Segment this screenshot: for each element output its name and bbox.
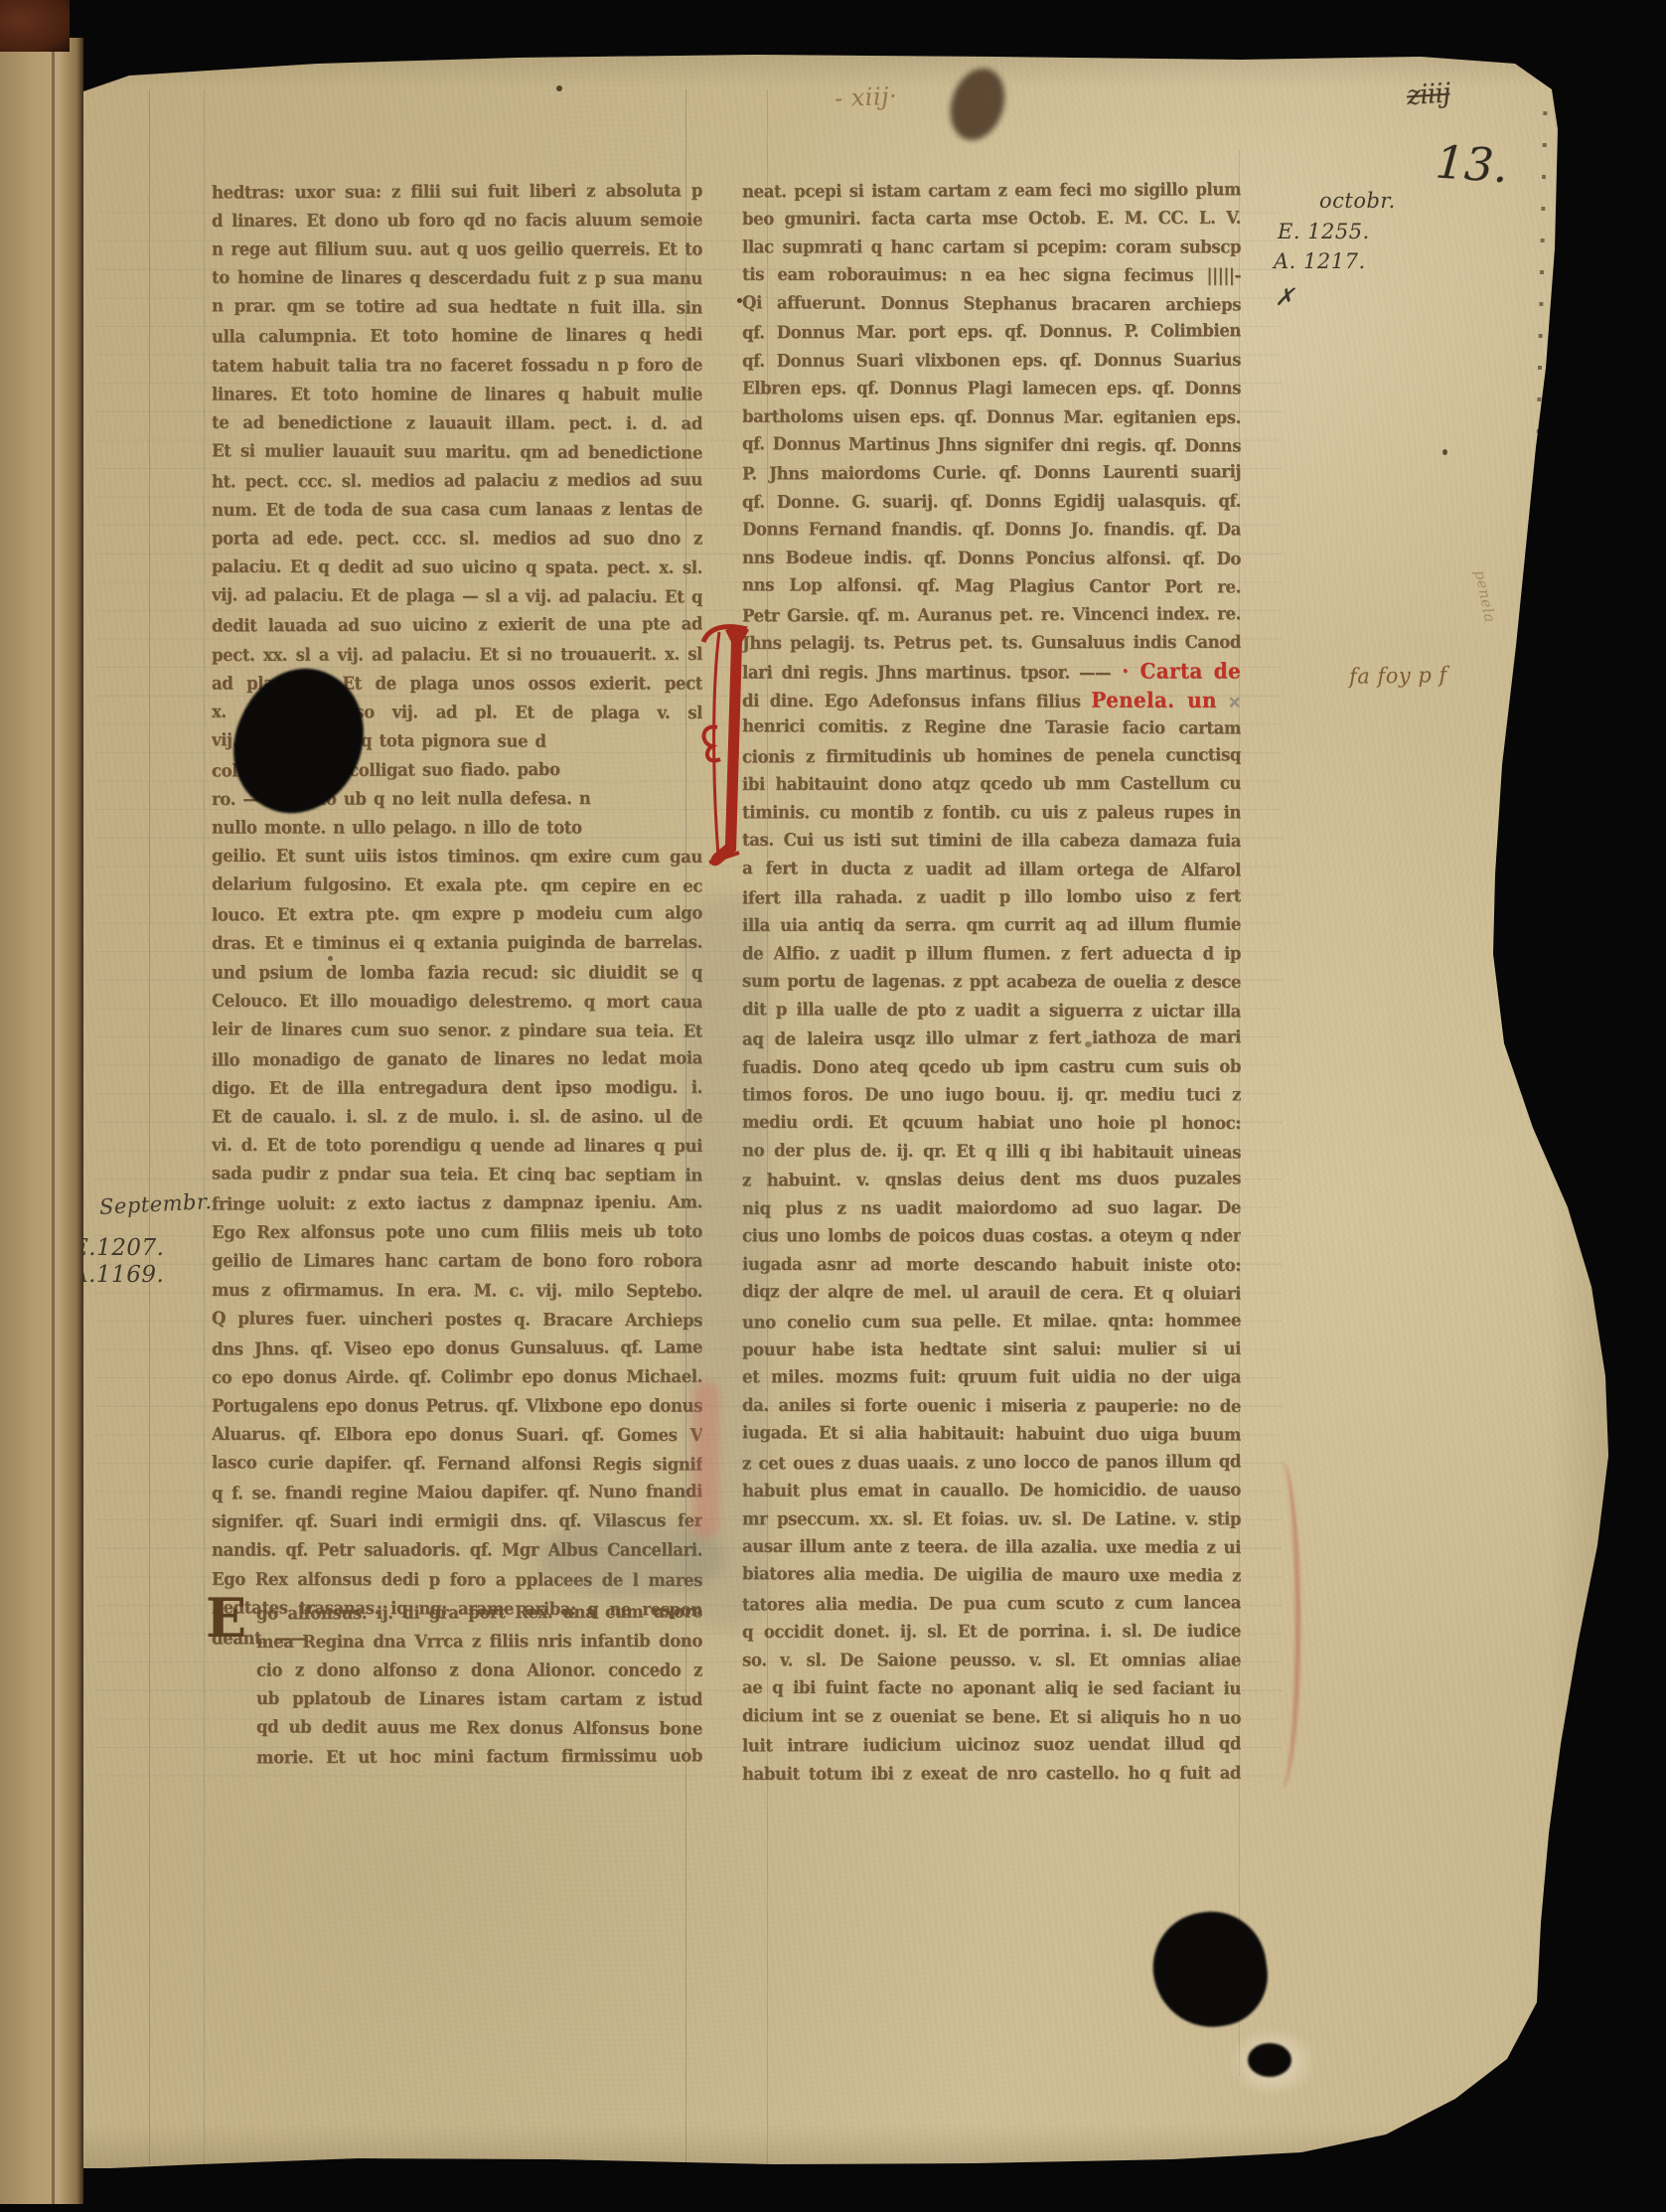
binding-leather [0,0,70,52]
manuscript-text-line: iugada asnr ad morte descando habuit ini… [742,1249,1241,1280]
manuscript-text-line: habuit plus emat in cauallo. De homicidi… [742,1476,1241,1506]
manuscript-text-line: z habuint. v. qnslas deius dent ms duos … [742,1164,1241,1195]
manuscript-text-line: qf. Donnus Mar. port eps. qf. Donnus. P.… [742,316,1241,348]
manuscript-text-line: beo gmuniri. facta carta mse Octob. E. M… [742,204,1241,235]
manuscript-text-line: neat. pcepi si istam cartam z eam feci m… [742,175,1241,207]
manuscript-text-line: cius uno lombs de poicos duas costas. a … [742,1221,1241,1251]
manuscript-text-line: qf. Donne. G. suarij. qf. Donns Egidij u… [742,486,1241,517]
date-note-anno-left: A.1169. [72,1262,164,1288]
manuscript-text-line: fuadis. Dono ateq qcedo ub ipm castru cu… [742,1051,1241,1082]
manuscript-text-line: Portugalens epo donus Petrus. qf. Vlixbo… [212,1390,702,1421]
manuscript-text-line: qf. Donnus Suari vlixbonen eps. qf. Donn… [742,345,1241,376]
date-note-anno-right: A. 1217. [1274,249,1366,273]
manuscript-text-line: pect. xx. sl a vij. ad palaciu. Et si no… [212,638,702,670]
manuscript-text-line: ht. pect. ccc. sl. medios ad palaciu z m… [212,464,702,497]
manuscript-text-line: Ego Rex alfonsus pote uno cum filiis mei… [212,1216,702,1248]
manuscript-text-line: ulla calumpnia. Et toto homine de linare… [212,319,702,352]
manuscript-text-line: cio z dono alfonso z dona Alionor. conce… [256,1655,702,1685]
pencil-mark: × [1217,692,1241,711]
quire-mark-xiii: - xiij· [834,82,898,112]
manuscript-text-line: Et si mulier lauauit suu maritu. qm ad b… [212,435,702,468]
manuscript-text-line: pouur habe ista hedtate sint salui: muli… [742,1335,1241,1365]
manuscript-text-line: illo monadigo de ganato de linares no le… [212,1042,702,1075]
date-note-era-left: E.1207. [72,1235,164,1261]
manuscript-text-line: porta ad ede. pect. ccc. sl. medios ad s… [212,523,702,553]
manuscript-photo: hedtras: uxor sua: z filii sui fuit libe… [0,0,1666,2212]
manuscript-text-line: dedit lauada ad suo uicino z exierit de … [212,608,702,641]
manuscript-text-line: tatem habuit talia tra no faceret fossad… [212,349,702,381]
manuscript-text-line: leir de linares cum suo senor. z pindare… [212,1014,702,1046]
manuscript-text-line: mea Regina dna Vrrca z filiis nris infan… [256,1626,702,1658]
manuscript-text-line: te ad benedictione z lauauit illam. pect… [212,406,702,438]
parchment-page: hedtras: uxor sua: z filii sui fuit libe… [0,0,1666,2212]
manuscript-text-line: da. aniles si forte ouenic i miseria z p… [742,1390,1241,1421]
manuscript-text-line: linares. Et toto homine de linares q hab… [212,379,702,409]
manuscript-text-line: ub pplatoub de Linares istam cartam z is… [256,1683,702,1715]
manuscript-text-line: Donns Fernand fnandis. qf. Donns Jo. fna… [742,515,1241,545]
manuscript-text-line: P. Jhns maiordoms Curie. qf. Donns Laure… [742,457,1241,489]
manuscript-text-line: nns Lop alfonsi. qf. Mag Plagius Cantor … [742,570,1241,602]
manuscript-text-line: d linares. Et dono ub foro qd no facis a… [212,205,702,237]
manuscript-text-line: ifert illa rahada. z uadit p illo lombo … [742,881,1241,913]
manuscript-text-line: iugada. Et si alia habitauit: habuint du… [742,1418,1241,1450]
parchment-hole-small [1248,2043,1291,2077]
manuscript-text-line: Qi affuerunt. Donnus Stephanus bracaren … [742,288,1241,320]
ruling-left-outer [149,89,150,2164]
manuscript-text-line: to homine de linares q descerdadu fuit z… [212,262,702,294]
manuscript-text-line: Ego Rex alfonsus dedi p foro a pplacees … [212,1563,702,1595]
manuscript-text-line: a fert in ducta z uadit ad illam ortega … [742,854,1241,885]
manuscript-text-line: ibi habitauint dono atqz qcedo ub mm Cas… [742,769,1241,800]
manuscript-text-line: aq de laleira usqz illo ulmar z fert iat… [742,1023,1241,1054]
manuscript-text-line: henrici comitis. z Regine dne Tarasie fa… [742,711,1241,743]
manuscript-text-line: signifer. qf. Suari indi ermigii dns. qf… [212,1505,702,1537]
manuscript-text-line: lasco curie dapifer. qf. Fernand alfonsi… [212,1447,702,1480]
date-note-month-right: octobr. [1319,189,1396,213]
manuscript-text-line: diqz der alqre de mel. ul arauil de cera… [742,1277,1241,1309]
manuscript-text-line: Petr Garsie. qf. m. Auranus pet. re. Vin… [742,599,1241,631]
manuscript-text-line: dras. Et e timinus ei q extania puiginda… [212,927,702,959]
manuscript-text-line: timos foros. De uno iugo bouu. ij. qr. m… [742,1080,1241,1110]
manuscript-text-line: mr pseccum. xx. sl. Et foias. uv. sl. De… [742,1504,1241,1534]
manuscript-text-line: vi. d. Et de toto porendigu q uende ad l… [212,1130,702,1162]
manuscript-text-line: nandis. qf. Petr saluadoris. qf. Mgr Alb… [212,1535,702,1566]
crossed-foliation-mark: ziiij [1406,79,1451,112]
manuscript-text-line: palaciu. Et q dedit ad suo uicino q spat… [212,552,702,583]
folio-number: 13. [1434,135,1510,194]
manuscript-text-line: luit intrare iudicium uicinoz suoz uenda… [742,1729,1241,1761]
manuscript-text-line: habuit totum ibi z exeat de nro castello… [742,1758,1241,1789]
manuscript-text-line: und psium de lomba fazia recud: sic diui… [212,957,702,988]
manuscript-text-line: n rege aut filium suu. aut q uos geilio … [212,234,702,264]
manuscript-text-line: morie. Et ut hoc mini factum firmissimu … [256,1741,702,1774]
manuscript-text-line: digo. Et de illa entregadura dent ipso m… [212,1071,702,1103]
manuscript-text-line: Et de caualo. i. sl. z de mulo. i. sl. d… [212,1101,702,1132]
manuscript-text-line: lari dni regis. Jhns martinus. tpsor. ——… [742,657,1241,687]
date-note-era-right: E. 1255. [1278,220,1370,243]
manuscript-text-line: cionis z firmitudinis ub homines de pene… [742,740,1241,772]
manuscript-text-line: di dine. Ego Adefonsus infans filius Pen… [742,684,1241,714]
manuscript-text-line: geilio de Limares hanc cartam de bono fo… [212,1246,702,1277]
manuscript-text-line: mediu ordi. Et qcuum habiat uno hoie pl … [742,1108,1241,1139]
left-closing-paragraph: go alfonsus. ij. di gra port Rex. una cu… [256,1598,702,1772]
manuscript-text-line: et miles. mozms fuit: qruum fuit uidia n… [742,1363,1241,1393]
rubric-text: · Carta de [1111,659,1241,684]
manuscript-text-line: louco. Et extra pte. qm expre p modeiu c… [212,897,702,930]
manuscript-text-line: delarium fulgosino. Et exala pte. qm cep… [212,869,702,901]
check-mark: ✗ [1275,283,1295,311]
manuscript-text-line: niq plus z ns uadit maiordomo ad suo lag… [742,1192,1241,1223]
rubric-text: Penela. un [1091,687,1217,712]
manuscript-text-line: go alfonsus. ij. di gra port Rex. una cu… [256,1596,702,1629]
manuscript-text-line: so. v. sl. De Saione peusso. v. sl. Et o… [742,1646,1241,1675]
manuscript-text-line: dns Jhns. qf. Viseo epo donus Gunsaluus.… [212,1332,702,1364]
manuscript-text-line: num. Et de toda de sua casa cum lanaas z… [212,494,702,526]
manuscript-text-line: q f. se. fnandi regine Maiou dapifer. qf… [212,1476,702,1508]
manuscript-text-line: illa uia antiq da serra. qm currit aq ad… [742,910,1241,941]
manuscript-text-line: Q plures fuer. uincheri postes q. Bracar… [212,1303,702,1336]
manuscript-text-line: sada pudir z pndar sua teia. Et cinq bac… [212,1158,702,1190]
initial-i-red [695,616,757,880]
left-text-column: hedtras: uxor sua: z filii sui fuit libe… [212,177,702,1652]
manuscript-text-line: q occidit donet. ij. sl. Et de porrina. … [742,1617,1241,1648]
manuscript-text-line: nns Bodeue indis. qf. Donns Poncius alfo… [742,543,1241,573]
manuscript-text-line: sum portu de lagenas. z ppt acabeza de o… [742,967,1241,998]
manuscript-text-line: tis eam roborauimus: n ea hec signa feci… [742,260,1241,291]
manuscript-text-line: dit p illa ualle de pto z uadit a siguer… [742,995,1241,1027]
manuscript-text-line: nullo monte. n ullo pelago. n illo de to… [212,812,702,843]
manuscript-text-line: bartholoms uisen eps. qf. Donnus Mar. eg… [742,401,1241,432]
manuscript-text-line: tatores alia media. De pua cum scuto z c… [742,1588,1241,1620]
marginal-note-fa-foy: fa foy p f [1349,663,1447,689]
previous-folio-edge [0,38,83,2204]
right-text-column: neat. pcepi si istam cartam z eam feci m… [742,177,1241,1788]
manuscript-text-line: Celouco. Et illo mouadigo delestremo. q … [212,985,702,1017]
manuscript-text-line: dicium int se z oueniat se bene. Et si a… [742,1701,1241,1733]
manuscript-text-line: ae q ibi fuint facte no aponant aliq ie … [742,1673,1241,1704]
manuscript-text-line: qd ub dedit auus me Rex donus Alfonsus b… [256,1712,702,1745]
ruling-left-inner [204,89,205,2164]
manuscript-text-line: timinis. cu montib z fontib. cu uis z pa… [742,798,1241,828]
manuscript-text-line: geilio. Et sunt uiis istos timinos. qm e… [212,841,702,872]
manuscript-text-line: hedtras: uxor sua: z filii sui fuit libe… [212,175,702,208]
manuscript-text-line: llac supmrati q hanc cartam si pcepim: c… [742,233,1241,262]
initial-e: E [206,1586,246,1650]
manuscript-text-line: Jhns pelagij. ts. Petrus pet. ts. Gunsal… [742,628,1241,659]
manuscript-text-line: biatores alia media. De uigilia de mauro… [742,1559,1241,1591]
manuscript-text-line: fringe uoluit: z exto iactus z dampnaz i… [212,1186,702,1219]
manuscript-text-line: Aluarus. qf. Elbora epo donus Suari. qf.… [212,1419,702,1451]
manuscript-text-line: z cet oues z duas uaais. z uno locco de … [742,1447,1241,1479]
manuscript-text-line: co epo donus Airde. qf. Colimbr epo donu… [212,1360,702,1392]
manuscript-text-line: ausar illum ante z teera. de illa azalia… [742,1532,1241,1563]
manuscript-text-line: mus z ofirmamus. In era. M. c. vij. milo… [212,1274,702,1306]
manuscript-text-line: tas. Cui us isti sut timini de illa cabe… [742,826,1241,857]
manuscript-text-line: Elbren eps. qf. Donnus Plagi lamecen eps… [742,374,1241,403]
manuscript-text-line: uno conelio cum sua pelle. Et milae. qnt… [742,1306,1241,1338]
manuscript-text-line: de Alfio. z uadit p illum flumen. z fert… [742,939,1241,969]
